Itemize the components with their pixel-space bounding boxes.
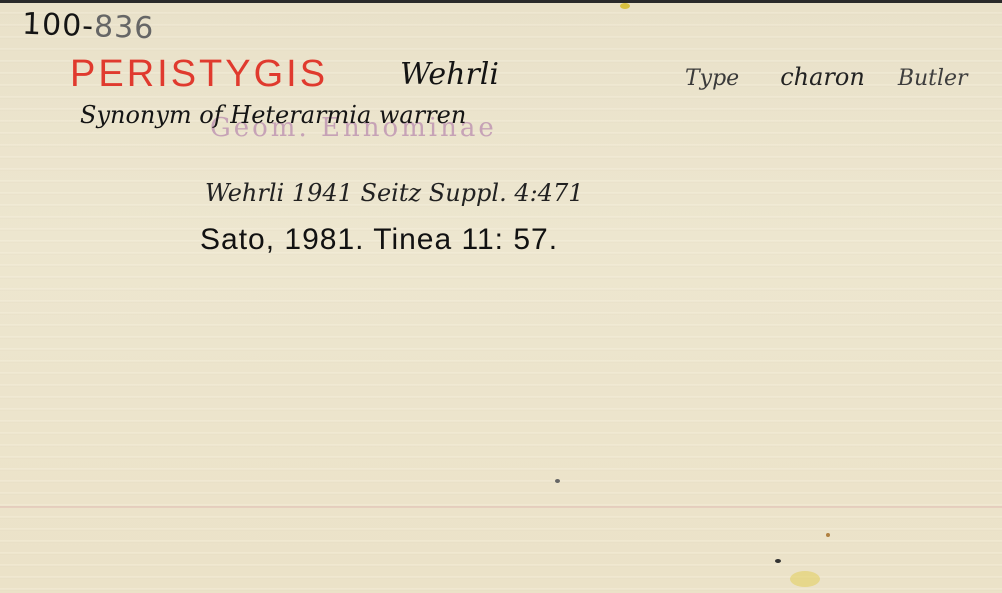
genus-name: PERISTYGIS [70, 53, 328, 96]
speck [775, 559, 781, 563]
genus-author: Wehrli [400, 57, 499, 92]
reference-line: Wehrli 1941 Seitz Suppl. 4:471 [205, 179, 584, 207]
type-label: Type [685, 66, 739, 91]
speck [826, 533, 830, 537]
ruled-line [0, 506, 1002, 508]
synonym-note: Synonym of Heterarmia warren [80, 101, 466, 129]
speck [555, 479, 560, 483]
stain [620, 3, 630, 9]
type-species: charon [780, 63, 865, 91]
type-species-author: Butler [898, 66, 968, 91]
type-species-note: Type charon Butler [685, 63, 968, 91]
catalog-number-suffix: 836 [93, 9, 154, 46]
catalog-number: 100-836 [21, 7, 155, 47]
catalog-number-prefix: 100- [21, 7, 94, 44]
reference-line: Sato, 1981. Tinea 11: 57. [200, 223, 558, 257]
stain [790, 571, 820, 587]
index-card: 100-836 PERISTYGIS Wehrli Type charon Bu… [0, 0, 1002, 593]
